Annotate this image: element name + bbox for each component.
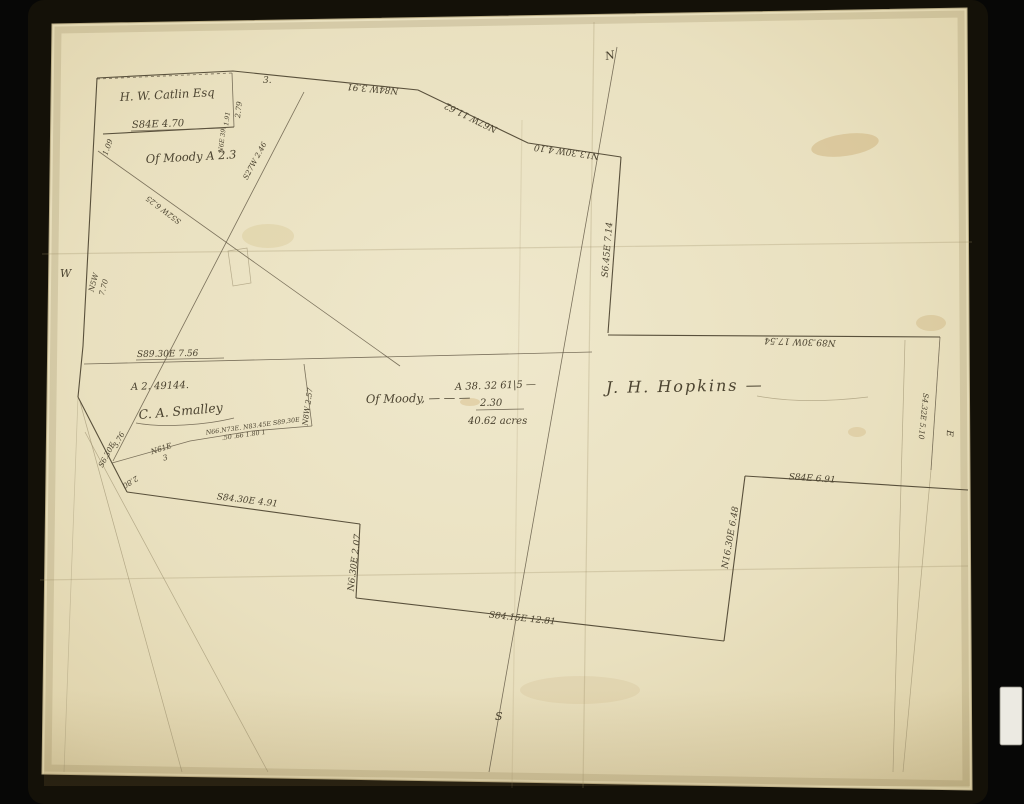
smalley-area-label: A 2. 49144. — [130, 380, 189, 393]
stain — [242, 224, 294, 248]
photographed-survey-plat: N S W E H. W. Catlin Esq Of Moody A 2.3 … — [0, 0, 1024, 804]
compass-west-label: W — [60, 267, 73, 280]
stain — [848, 427, 866, 437]
acreage-mid: 2.30 — [479, 398, 503, 409]
stain — [916, 315, 946, 331]
paper-bottom-toning — [44, 690, 970, 786]
compass-east-label: E — [944, 429, 954, 437]
hopkins-name-label: J. H. Hopkins — — [603, 375, 764, 397]
stain — [520, 676, 640, 704]
bearing-s8930e: S89.30E 7.56 — [137, 349, 199, 360]
acreage-bottom: 40.62 acres — [467, 416, 527, 427]
catlin-bearing-label: S84E 4.70 — [132, 118, 185, 131]
compass-south-label: S — [495, 710, 503, 723]
station-3-label: 3. — [263, 76, 272, 86]
archive-sticker — [1000, 687, 1022, 745]
